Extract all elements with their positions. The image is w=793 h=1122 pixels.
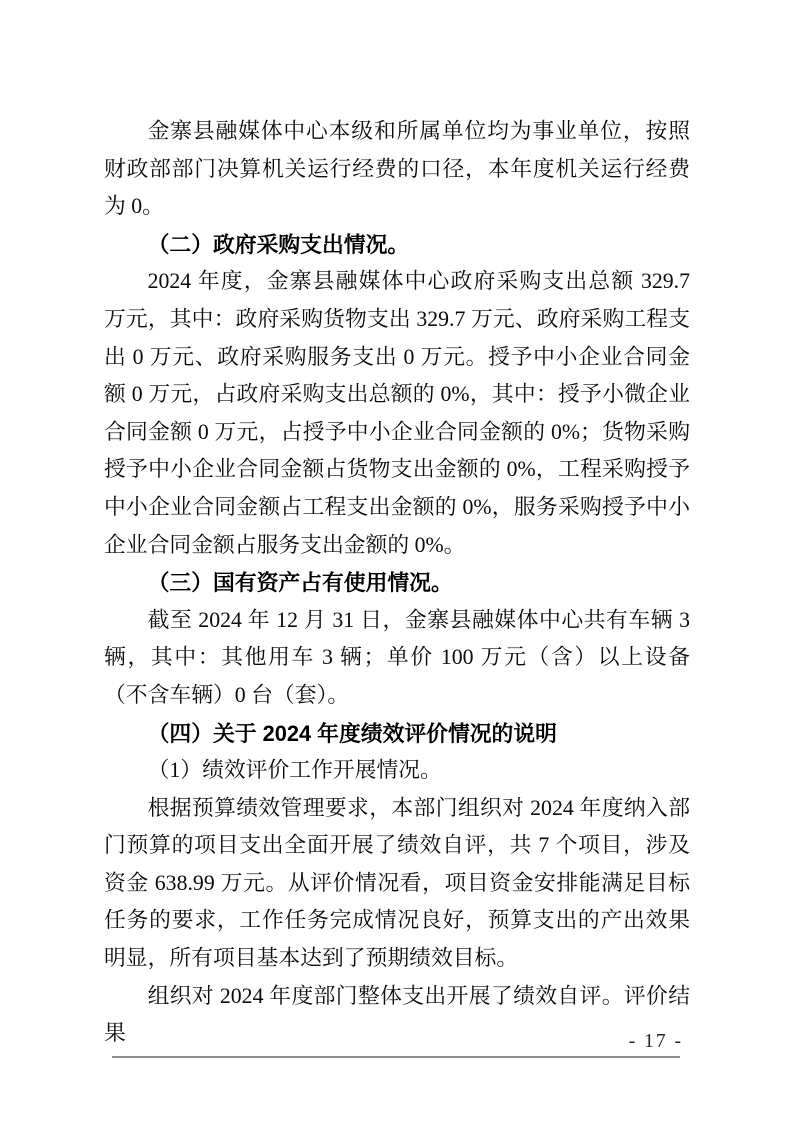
page-number: - 17 - (629, 1031, 683, 1053)
section-heading-gov-procurement: （二）政府采购支出情况。 (104, 226, 690, 264)
paragraph-performance-self-eval: 根据预算绩效管理要求，本部门组织对 2024 年度纳入部门预算的项目支出全面开展… (104, 790, 690, 978)
paragraph-gov-procurement-detail: 2024 年度，金寨县融媒体中心政府采购支出总额 329.7 万元，其中：政府采… (104, 263, 690, 564)
document-page: 金寨县融媒体中心本级和所属单位均为事业单位，按照财政部部门决算机关运行经费的口径… (0, 0, 793, 1122)
footer-divider-line (112, 1056, 680, 1058)
paragraph-state-assets-detail: 截至 2024 年 12 月 31 日，金寨县融媒体中心共有车辆 3 辆，其中：… (104, 602, 690, 715)
section-heading-state-assets: （三）国有资产占有使用情况。 (104, 564, 690, 602)
paragraph-org-operating-expense: 金寨县融媒体中心本级和所属单位均为事业单位，按照财政部部门决算机关运行经费的口径… (104, 113, 690, 226)
section-heading-performance-eval: （四）关于 2024 年度绩效评价情况的说明 (104, 715, 690, 753)
document-body: 金寨县融媒体中心本级和所属单位均为事业单位，按照财政部部门决算机关运行经费的口径… (104, 113, 690, 1053)
paragraph-performance-eval-subtitle: （1）绩效评价工作开展情况。 (104, 752, 690, 790)
paragraph-overall-expenditure-eval: 组织对 2024 年度部门整体支出开展了绩效自评。评价结果 (104, 978, 690, 1053)
